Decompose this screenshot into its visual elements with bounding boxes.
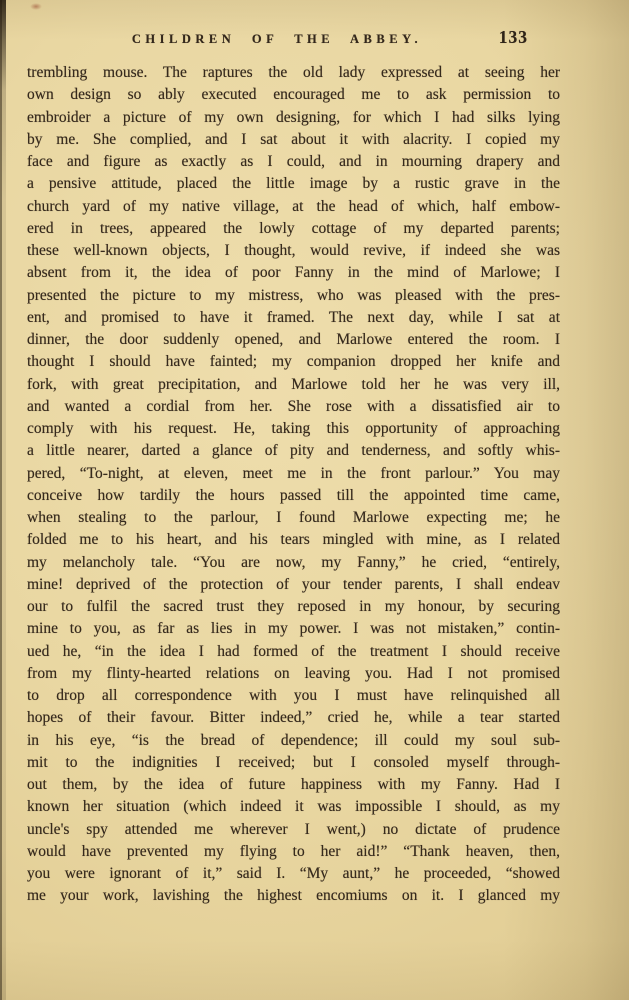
running-header: CHILDREN OF THE ABBEY. bbox=[27, 30, 527, 50]
text-line: mine! deprived of the protection of your… bbox=[27, 574, 560, 596]
text-line: mit to the indignities I received; but I… bbox=[27, 752, 560, 774]
text-line: my melancholy tale. “You are now, my Fan… bbox=[27, 552, 560, 574]
text-line: mine to you, as far as lies in my power.… bbox=[27, 618, 560, 640]
text-line: hopes of their favour. Bitter indeed,” c… bbox=[27, 707, 560, 729]
text-line: out them, by the idea of future happines… bbox=[27, 774, 560, 796]
text-line: embroider a picture of my own designing,… bbox=[27, 107, 560, 129]
text-line: a pensive attitude, placed the little im… bbox=[27, 173, 560, 195]
text-line: presented the picture to my mistress, wh… bbox=[27, 285, 560, 307]
text-line: comply with his request. He, taking this… bbox=[27, 418, 560, 440]
text-line: these well-known objects, I thought, wou… bbox=[27, 240, 560, 262]
text-line: absent from it, the idea of poor Fanny i… bbox=[27, 262, 560, 284]
text-line: folded me to his heart, and his tears mi… bbox=[27, 529, 560, 551]
text-line: would have prevented my flying to her ai… bbox=[27, 841, 560, 863]
text-line: by me. She complied, and I sat about it … bbox=[27, 129, 560, 151]
text-line: face and figure as exactly as I could, a… bbox=[27, 151, 560, 173]
text-line: uncle's spy attended me wherever I went,… bbox=[27, 819, 560, 841]
text-line: a little nearer, darted a glance of pity… bbox=[27, 440, 560, 462]
text-line: our to fulfil the sacred trust they repo… bbox=[27, 596, 560, 618]
text-line: ered in trees, appeared the lowly cottag… bbox=[27, 218, 560, 240]
text-line: and wanted a cordial from her. She rose … bbox=[27, 396, 560, 418]
text-line: when stealing to the parlour, I found Ma… bbox=[27, 507, 560, 529]
text-line: trembling mouse. The raptures the old la… bbox=[27, 62, 560, 84]
page-number: 133 bbox=[499, 27, 528, 48]
text-line: ued he, “in the idea I had formed of the… bbox=[27, 641, 560, 663]
text-line: ent, and promised to have it framed. The… bbox=[27, 307, 560, 329]
running-header-title: CHILDREN OF THE ABBEY. bbox=[132, 32, 422, 46]
book-page: CHILDREN OF THE ABBEY. 133 trembling mou… bbox=[0, 0, 629, 1000]
text-line: from my flinty-hearted relations on leav… bbox=[27, 663, 560, 685]
text-line: dinner, the door suddenly opened, and Ma… bbox=[27, 329, 560, 351]
text-line: to drop all correspondence with you I mu… bbox=[27, 685, 560, 707]
text-line: church yard of my native village, at the… bbox=[27, 196, 560, 218]
scan-left-edge-line bbox=[0, 0, 2, 1000]
text-line: you were ignorant of it,” said I. “My au… bbox=[27, 863, 560, 885]
text-line: own design so ably executed encouraged m… bbox=[27, 84, 560, 106]
text-line: conceive how tardily the hours passed ti… bbox=[27, 485, 560, 507]
text-line: in his eye, “is the bread of dependence;… bbox=[27, 730, 560, 752]
text-line: pered, “To-night, at eleven, meet me in … bbox=[27, 463, 560, 485]
text-line: thought I should have fainted; my compan… bbox=[27, 351, 560, 373]
paper-speck bbox=[30, 3, 42, 10]
text-line: fork, with great precipitation, and Marl… bbox=[27, 374, 560, 396]
text-line: me your work, lavishing the highest enco… bbox=[27, 885, 560, 907]
body-text: trembling mouse. The raptures the old la… bbox=[27, 62, 560, 908]
text-line: known her situation (which indeed it was… bbox=[27, 796, 560, 818]
